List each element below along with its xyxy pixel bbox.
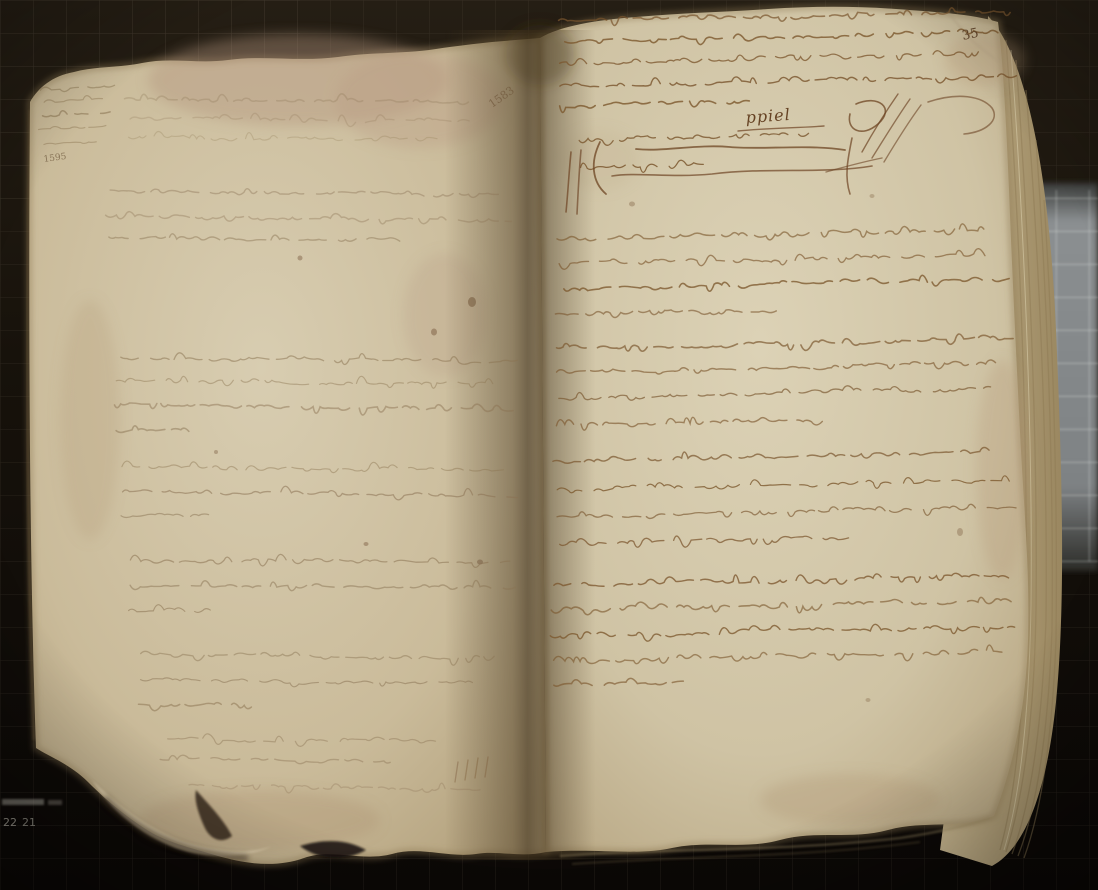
photo-canvas: 22 21 <box>0 0 1098 890</box>
vignette <box>0 0 1098 890</box>
manuscript-photo: 22 21 <box>0 0 1098 890</box>
